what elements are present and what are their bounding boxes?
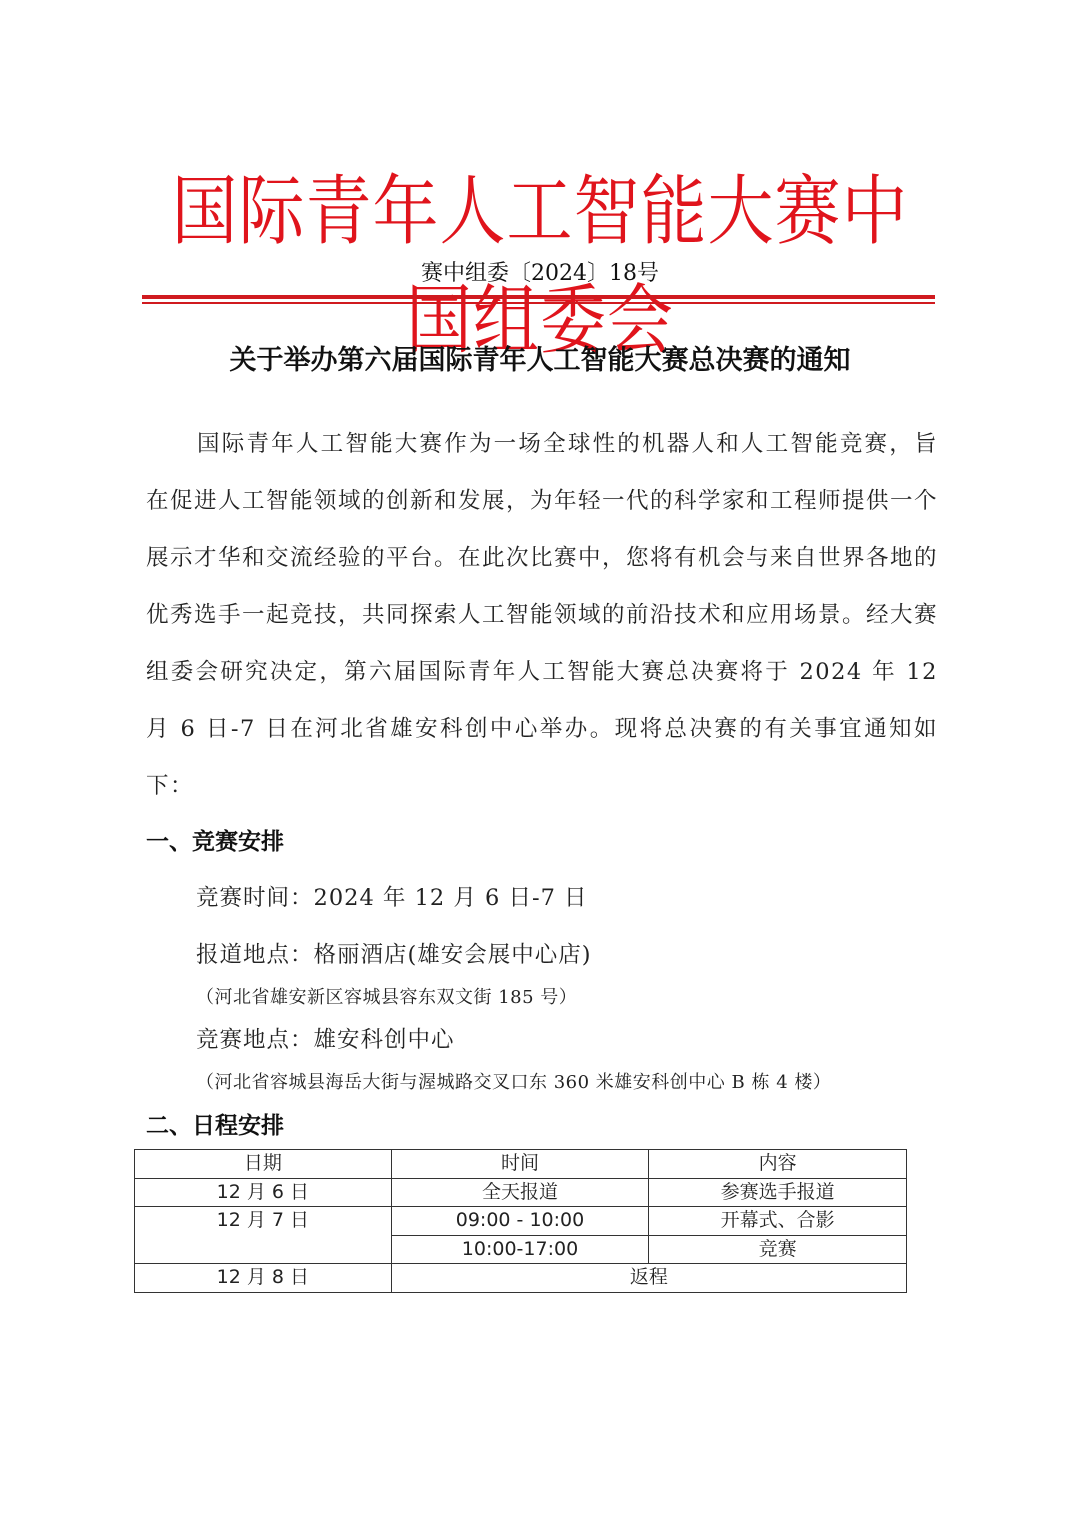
cell-content: 竞赛 [649, 1235, 907, 1264]
checkin-address: （河北省雄安新区容城县容东双文街 185 号） [196, 983, 577, 1009]
checkin-location: 报道地点：格丽酒店(雄安会展中心店) [196, 937, 592, 969]
cell-content: 开幕式、合影 [649, 1207, 907, 1236]
competition-time: 竞赛时间：2024 年 12 月 6 日-7 日 [196, 880, 588, 912]
red-divider [142, 295, 935, 299]
intro-paragraph: 国际青年人工智能大赛作为一场全球性的机器人和人工智能竞赛，旨在促进人工智能领域的… [146, 416, 938, 815]
cell-date: 12 月 6 日 [135, 1178, 392, 1207]
cell-content: 参赛选手报道 [649, 1178, 907, 1207]
cell-date: 12 月 8 日 [135, 1264, 392, 1293]
header-time: 时间 [391, 1150, 649, 1179]
cell-time: 全天报道 [391, 1178, 649, 1207]
table-header-row: 日期 时间 内容 [135, 1150, 907, 1179]
competition-venue: 竞赛地点：雄安科创中心 [196, 1022, 455, 1054]
notice-title: 关于举办第六届国际青年人工智能大赛总决赛的通知 [0, 338, 1080, 377]
venue-address: （河北省容城县海岳大街与渥城路交叉口东 360 米雄安科创中心 B 栋 4 楼） [196, 1068, 831, 1094]
section-heading-arrangement: 一、竞赛安排 [146, 823, 284, 856]
section-heading-schedule: 二、日程安排 [146, 1107, 284, 1140]
cell-time: 09:00 - 10:00 [391, 1207, 649, 1236]
cell-time: 10:00-17:00 [391, 1235, 649, 1264]
header-content: 内容 [649, 1150, 907, 1179]
document-number: 赛中组委〔2024〕18号 [0, 256, 1080, 287]
schedule-table: 日期 时间 内容 12 月 6 日 全天报道 参赛选手报道 12 月 7 日 0… [134, 1149, 907, 1293]
red-divider-thin [142, 302, 935, 304]
header-date: 日期 [135, 1150, 392, 1179]
table-row: 12 月 6 日 全天报道 参赛选手报道 [135, 1178, 907, 1207]
table-row: 12 月 7 日 09:00 - 10:00 开幕式、合影 [135, 1207, 907, 1236]
cell-date: 12 月 7 日 [135, 1207, 392, 1264]
table-row: 12 月 8 日 返程 [135, 1264, 907, 1293]
cell-merged: 返程 [391, 1264, 906, 1293]
